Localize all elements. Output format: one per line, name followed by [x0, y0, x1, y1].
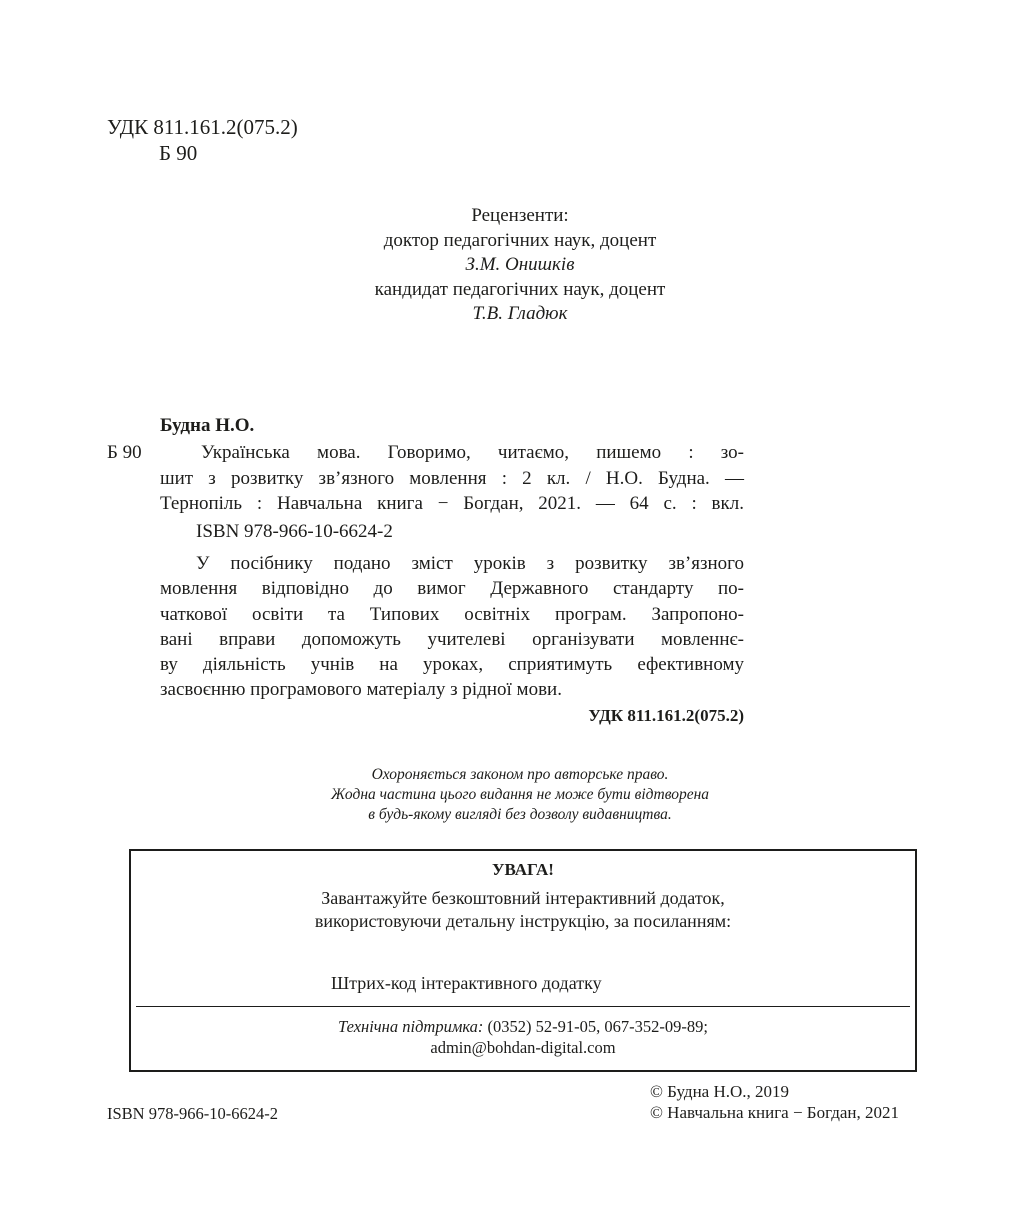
copyright-line: © Навчальна книга − Богдан, 2021 — [650, 1102, 899, 1123]
abstract-udk: УДК 811.161.2(075.2) — [560, 705, 744, 727]
author-heading: Будна Н.О. — [160, 414, 254, 438]
support-email[interactable]: admin@bohdan-digital.com — [131, 1037, 915, 1058]
reviewer-name: З.М. Онишків — [300, 253, 740, 278]
attention-box: УВАГА! Завантажуйте безкоштовний інтерак… — [129, 849, 917, 1072]
attention-text-line: використовуючи детальну інструкцію, за п… — [131, 910, 915, 933]
attention-text: Завантажуйте безкоштовний інтерактивний … — [131, 887, 915, 933]
bibliographic-description: Українська мова. Говоримо, читаємо, пише… — [160, 440, 744, 517]
bibliographic-code: Б 90 — [107, 440, 142, 465]
reviewer-position: кандидат педагогічних наук, доцент — [300, 278, 740, 303]
support-label: Технічна підтримка: — [338, 1017, 483, 1036]
abstract-line: вані вправи допоможуть учителеві організ… — [160, 627, 744, 652]
bibliographic-line: шит з розвитку зв’язного мовлення : 2 кл… — [160, 466, 744, 492]
technical-support: Технічна підтримка: (0352) 52-91-05, 067… — [131, 1016, 915, 1058]
author-code: Б 90 — [159, 140, 197, 166]
abstract-line: ву діяльність учнів на уроках, сприятиму… — [160, 652, 744, 677]
isbn: ISBN 978-966-10-6624-2 — [196, 519, 393, 544]
abstract-line: У посібнику подано зміст уроків з розвит… — [160, 551, 744, 576]
footer-isbn: ISBN 978-966-10-6624-2 — [107, 1104, 278, 1124]
copyright-notice-line: Охороняється законом про авторське право… — [280, 765, 760, 785]
copyright-notice-line: Жодна частина цього видання не може бути… — [280, 785, 760, 805]
attention-title: УВАГА! — [131, 859, 915, 881]
abstract-line: чаткової освіти та Типових освітніх прог… — [160, 602, 744, 627]
udk-classification: УДК 811.161.2(075.2) — [107, 114, 298, 140]
attention-text-line: Завантажуйте безкоштовний інтерактивний … — [131, 887, 915, 910]
reviewers-title: Рецензенти: — [300, 204, 740, 229]
bibliographic-line: Українська мова. Говоримо, читаємо, пише… — [160, 440, 744, 466]
reviewer-name: Т.В. Гладюк — [300, 302, 740, 327]
abstract-line: засвоєнню програмового матеріалу з рідно… — [160, 677, 744, 702]
copyright-notice-line: в будь-якому вигляді без дозволу видавни… — [280, 805, 760, 825]
reviewer-position: доктор педагогічних наук, доцент — [300, 229, 740, 254]
copyright-notice: Охороняється законом про авторське право… — [280, 765, 760, 825]
abstract: У посібнику подано зміст уроків з розвит… — [160, 551, 744, 703]
bibliographic-line: Тернопіль : Навчальна книга − Богдан, 20… — [160, 491, 744, 517]
divider — [136, 1006, 910, 1007]
support-phones: (0352) 52-91-05, 067-352-09-89; — [483, 1017, 708, 1036]
copyright-lines: © Будна Н.О., 2019 © Навчальна книга − Б… — [650, 1081, 899, 1123]
barcode-placeholder: Штрих-код інтерактивного додатку — [331, 972, 602, 995]
abstract-line: мовлення відповідно до вимог Державного … — [160, 576, 744, 601]
reviewers-block: Рецензенти: доктор педагогічних наук, до… — [300, 204, 740, 327]
copyright-line: © Будна Н.О., 2019 — [650, 1081, 899, 1102]
